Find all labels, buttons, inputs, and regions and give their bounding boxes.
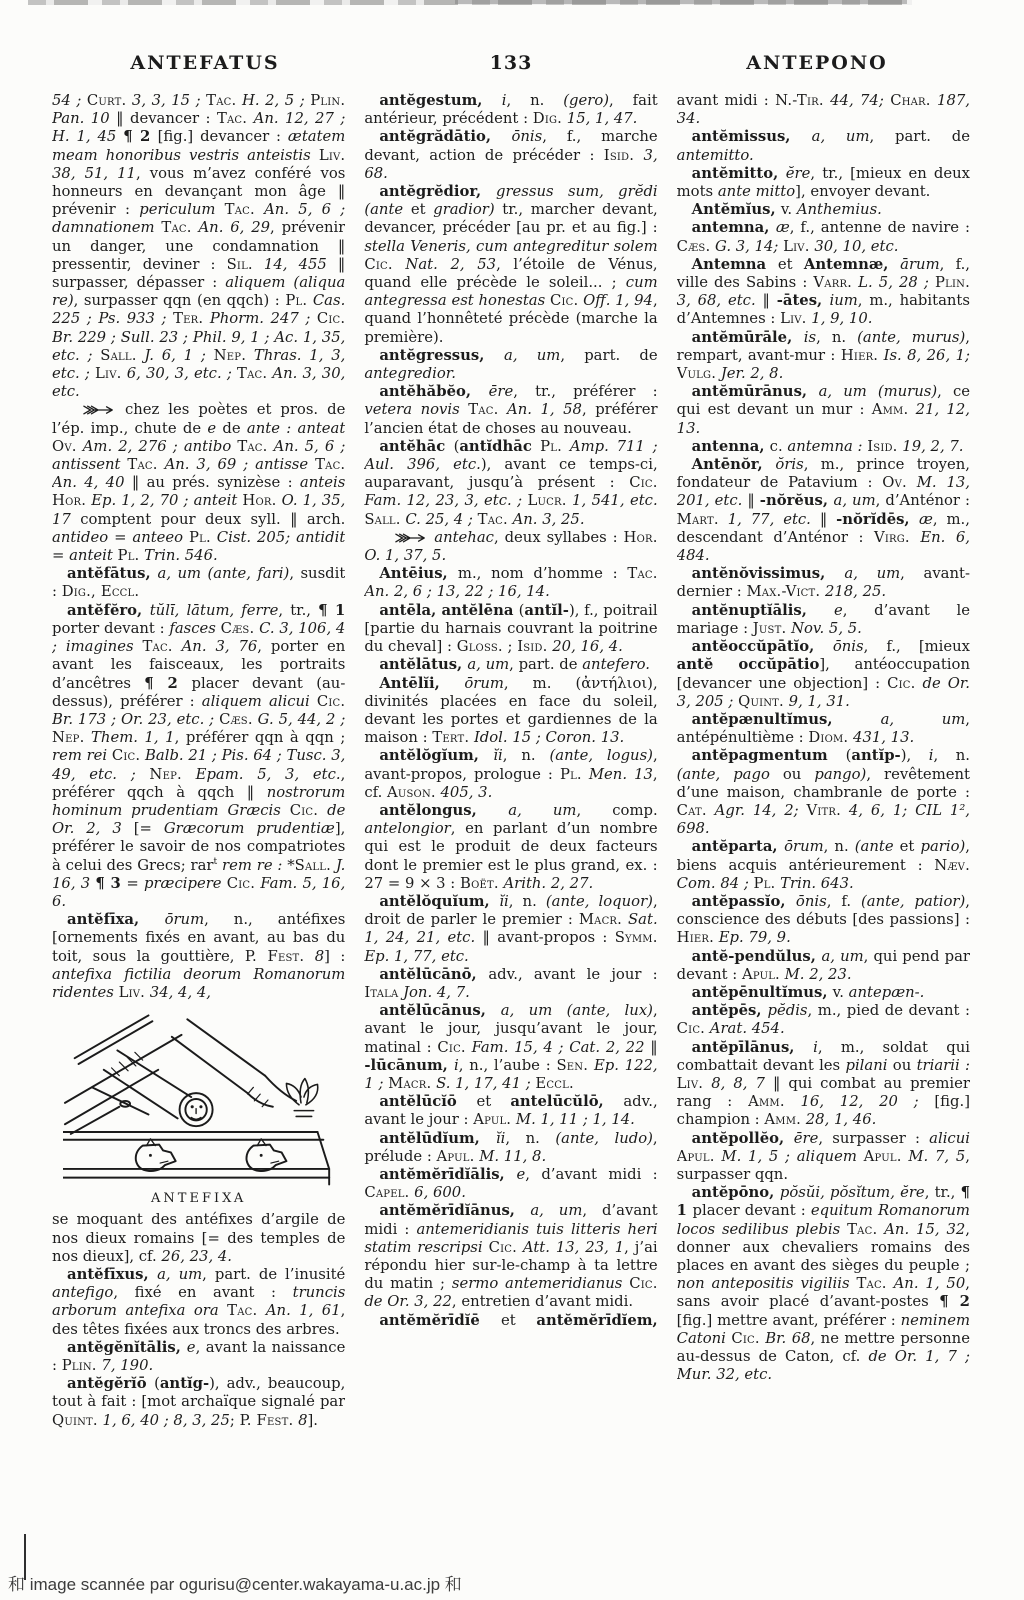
text-run: Diom. [808,729,848,746]
text-run: Tac. [237,365,267,382]
text-run: Hor. [52,492,86,509]
text-run: , comp. [576,802,657,819]
text-run: m., nom d’homme : [458,565,627,582]
entry-paragraph: antĕlŏgĭum, ĭi, n. (ante, logus), avant-… [364,747,657,802]
text-run: Is. 8, 26, 1; [878,347,970,364]
text-run: ium [829,292,857,309]
text-run: 3, 3, 15 ; [126,92,206,109]
text-run: 15, 1, 47. [562,110,637,127]
entry-paragraph: antĕpēnultĭmus, v. antepæn-. [677,984,970,1002]
text-run: , f. [827,893,861,910]
text-run: -nŏrĭdēs, [836,511,919,528]
text-run: rem re : [222,857,287,874]
text-run: ¶ 2 [144,675,191,692]
text-run: Epam. 5, 3, etc. [182,766,341,783]
text-run: (ante, logus) [550,747,653,764]
text-run: 54 ; [52,92,87,109]
entry-paragraph: antĕpēs, pĕdis, m., pied de devant : Cic… [677,1002,970,1038]
text-run: a, um (ante, fari) [158,565,290,582]
text-run: An. 3, 76 [173,638,258,655]
text-run: et [501,1312,536,1329]
text-run: Cic. [317,310,345,327]
text-run: , part. de [870,128,970,145]
text-run: (gero) [563,92,609,109]
entry-paragraph: antĕgrădātio, ōnis, f., marche devant, a… [364,128,657,183]
text-run: æ [776,219,790,236]
text-run: a, um (ante, lux) [501,1002,653,1019]
running-header: ANTEFATUS 133 ANTEPONO [52,52,970,74]
text-run: Pl. [189,529,211,546]
text-run: Anthemius. [797,201,882,218]
text-run: antĕmĕrīdĭānus, [379,1202,530,1219]
entry-paragraph: antĕhāc (antĭdhāc Pl. Amp. 711 ; Aul. 39… [364,438,657,529]
text-run: a, um [844,565,900,582]
text-run: Fam. 12, 23, 3, etc. ; [364,492,527,509]
text-run: M. 1, 11 ; 1, 14. [511,1111,635,1128]
text-run: (ante [855,838,900,855]
text-run: antĕlātus, [379,656,467,673]
text-run: Apul. [677,1148,715,1165]
text-run: * [287,857,294,874]
text-run: , d’avant midi : [525,1166,657,1183]
entry-paragraph: antĕpollĕo, ēre, surpasser : alicui Apul… [677,1130,970,1185]
text-run: Liv. [95,365,122,382]
header-left-keyword: ANTEFATUS [52,52,358,74]
text-run: = [108,529,132,546]
text-run: Quint. [738,693,784,710]
text-run: de Or. 3, 22 [364,1293,452,1310]
text-run: Ov. [52,438,77,455]
text-run: antĕgrădātio, [379,128,511,145]
text-run: a, um [157,1266,202,1283]
text-run: ], envoyer devant. [795,183,930,200]
text-run: Apul. [742,966,780,983]
text-run: Idol. 15 ; Coron. 13. [469,729,624,746]
text-run: P. Fest. [245,948,304,965]
text-run: ōnis [511,128,542,145]
text-run: antemna : [787,438,867,455]
entry-paragraph: antĕmĕrīdĭālis, e, d’avant midi : Capel.… [364,1166,657,1202]
text-run: ōnis [833,638,864,655]
text-run: antĭl- [524,602,569,619]
text-run: Cic. [629,474,657,491]
text-run: ‖ avant-propos : [475,929,615,946]
text-run: antĕmūrāle, [692,329,804,346]
text-run: placer devant : [693,1202,811,1219]
entry-paragraph: antĕlongus, a, um, comp. antelongior, en… [364,802,657,893]
text-run: ; [503,638,517,655]
text-run: alicui [929,1130,970,1147]
text-run: Ov. [882,474,907,491]
entry-paragraph: antĕpagmentum (antĭp-), i, n. (ante, pag… [677,747,970,838]
text-run: ‖ [756,292,777,309]
text-run: (ante, ludo) [555,1130,653,1147]
text-run: antĕlūcānō, [379,966,488,983]
text-run: Ep. 1, 77, etc. [364,948,468,965]
text-run: antĕmūrānus, [692,383,819,400]
text-run: antegredior. [364,365,456,382]
text-run: a, um [467,656,509,673]
text-run: Jon. 4, 7. [398,984,469,1001]
text-run: (ante, murus) [857,329,965,346]
text-run: Cic. [290,802,318,819]
text-run: Cat. [677,802,707,819]
text-run: An. 4, 40 [52,474,132,491]
text-run: e [834,602,843,619]
text-columns: 54 ; Curt. 3, 3, 15 ; Tac. H. 2, 5 ; Pli… [52,92,970,1544]
text-run: Nep. [149,766,181,783]
text-run: H. 2, 5 ; [236,92,310,109]
text-run: ēre [489,383,514,400]
text-run: 1, 6, 40 ; 8, 3, 25 [98,1412,230,1429]
text-run: triarii : [917,1057,970,1074]
text-run: Cic. [629,1275,657,1292]
text-run: Gloss. [457,638,503,655]
text-run: Cæs. [677,238,711,255]
text-run: , fixé en avant : [113,1284,292,1301]
text-run: tŭlī, lātum, ferre [150,602,279,619]
text-run: Hor. [242,492,276,509]
text-run: Pl. [560,766,582,783]
text-run: 16, 12, 20 ; [785,1093,935,1110]
text-run: -lūcānum, [364,1057,454,1074]
text-run: = [126,875,144,892]
text-run: Fam. 15, 4 ; Cat. 2, 22 [466,1039,645,1056]
text-run: Amm. [872,401,909,418]
text-run: G. 3, 14; [710,238,783,255]
text-run: c. [770,438,788,455]
entry-paragraph: antĕpōno, pŏsŭi, pŏsĭtum, ĕre, tr., ¶ 1 … [677,1184,970,1384]
entry-paragraph: chez les poètes et pros. de l’ép. imp., … [52,401,345,565]
text-run: Vulg. [677,365,716,382]
text-run: An. 3, 25. [508,511,585,528]
text-run: a, um (murus) [819,383,938,400]
text-run: adv., avant le jour : [488,966,657,983]
text-run: pŏsŭi, pŏsĭtum, ĕre [780,1184,925,1201]
text-run: M. 2, 23. [780,966,852,983]
text-run: e [187,1339,196,1356]
entry-paragraph: antĕmūrāle, is, n. (ante, murus), rempar… [677,329,970,384]
text-run: (ante, patior) [861,893,965,910]
text-run: antĕlongus, [379,802,508,819]
text-run: N.-Tir. [775,92,824,109]
text-run: -ātes, [777,292,830,309]
text-run: 218, 25. [820,583,886,600]
entry-paragraph: antĕmĕrīdĭānus, a, um, d’avant midi : an… [364,1202,657,1311]
text-run: , f., [mieux [864,638,970,655]
entry-paragraph: antĕfīxus, a, um, part. de l’inusité ant… [52,1266,345,1339]
text-run: e [207,420,216,437]
text-run: antĕgĕrĭō [67,1375,154,1392]
text-run: Tac. [315,456,345,473]
text-run: 1, 77, etc. [719,511,811,528]
text-run: Amm. [764,1111,801,1128]
entry-paragraph: antĕlūcānus, a, um (ante, lux), avant le… [364,1002,657,1093]
text-run: et [778,256,804,273]
remark-arrow-icon [67,401,116,419]
text-run: Macr. [388,1075,431,1092]
text-run: Cist. 205; antidit [211,529,345,546]
text-run: a, um [834,492,876,509]
text-run: Arat. 454. [705,1020,785,1037]
text-run: antĕgestum, [379,92,501,109]
footer-watermark: 和 image scannée par ogurisu@center.wakay… [8,1570,462,1595]
text-run: antehac [428,529,494,546]
entry-paragraph: 54 ; Curt. 3, 3, 15 ; Tac. H. 2, 5 ; Pli… [52,92,345,401]
entry-paragraph: antemna, æ, f., antenne de navire : Cæs.… [677,219,970,255]
text-run: Nep. [52,729,84,746]
text-run: Boët. [460,875,499,892]
text-run: ĭi [496,1130,505,1147]
text-run: fasces [169,620,220,637]
text-run: , tr., [278,602,318,619]
text-run: [= [134,820,164,837]
text-run: Dig., Eccl. [62,583,140,600]
text-run: antĕ occŭpātio [677,656,820,673]
entry-paragraph: antenna, c. antemna : Isid. 19, 2, 7. [677,438,970,456]
scan-edge-artifact-dark [455,0,907,4]
text-run: antĕpēs, [692,1002,768,1019]
entry-paragraph: antĕmĕrīdĭē et antĕmĕrīdĭem, [364,1312,657,1330]
text-run: antĕhăbĕo, [379,383,488,400]
text-run: Pl. [540,438,562,455]
text-run: 7, 190. [97,1357,153,1374]
text-run: antĕgrĕdior, [379,183,496,200]
text-run: An. 3, 69 ; antisse [158,456,315,473]
entry-paragraph: antĕpænultĭmus, a, um, antépénultième : … [677,711,970,747]
text-run: a, um [881,711,966,728]
entry-paragraph: antehac, deux syllabes : Hor. O. 1, 37, … [364,529,657,565]
text-run: 6, 30, 3, etc. ; [122,365,237,382]
text-run: ēre [794,1130,819,1147]
text-run: Sall. [295,857,331,874]
text-run: Cic. [887,675,915,692]
text-run: Antēnŏr, [692,456,776,473]
text-run: , préférer qqn à qqn ; [175,729,346,746]
text-run: Eccl. [535,1075,573,1092]
entry-paragraph: antĕgestum, i, n. (gero), fait antérieur… [364,92,657,128]
text-run: non antepositis vigiliis [677,1275,857,1292]
entry-paragraph: antĕgrĕdior, gressus sum, grĕdi (ante et… [364,183,657,347]
antefixa-caption: ANTEFIXA [52,1190,345,1208]
text-run: antĭg- [160,1375,209,1392]
antefixa-figure: ANTEFIXA [52,1009,345,1208]
text-run: Pl. [118,547,140,564]
text-run: Br. 68 [760,1330,811,1347]
text-run: antĕmitto, [692,165,786,182]
text-run: Virg. [874,529,910,546]
text-run: antēla, antĕlēna [379,602,518,619]
text-run: Mart. [677,511,719,528]
text-run: antĭdhāc [459,438,540,455]
text-run: et [411,201,433,218]
text-run: An. 6, 29 [192,219,270,236]
text-run: Isid. [604,147,634,164]
text-run: a, um [504,347,560,364]
text-run: antelūcŭlō, [510,1093,623,1110]
text-run: avant midi : [677,92,775,109]
text-run: 34, 4, 4, [145,984,211,1001]
text-run: Tac. [237,438,267,455]
text-run: a, um [812,128,870,145]
text-run: , tr., [925,1184,961,1201]
text-run: ĭi [499,893,508,910]
text-run: a, um [530,1202,582,1219]
text-run: Pl. [285,292,307,309]
text-run: 9, 1, 31. [784,693,850,710]
text-run: antĕhāc [379,438,453,455]
text-run: et [476,1093,510,1110]
text-run: Antĕmĭus, [692,201,781,218]
text-run: Isid. [867,438,897,455]
entry-paragraph: antĕgressus, a, um, part. de antegredior… [364,347,657,383]
text-run: S. 1, 17, 41 ; [431,1075,535,1092]
text-run: Cic. [489,1239,517,1256]
text-run: Plin. [310,92,345,109]
text-run: ‖ [645,1039,658,1056]
entry-paragraph: antĕpīlānus, i, m., soldat qui combattai… [677,1039,970,1130]
text-run: Max.-Vict. [746,583,820,600]
text-run: stella Veneris, cum antegreditur solem [364,238,657,255]
text-run: antĕpænultĭmus, [692,711,881,728]
text-run: pango) [814,766,866,783]
text-run: , f., antenne de navire : [790,219,970,236]
text-run: antĕlūdĭum, [379,1130,496,1147]
text-run: pario) [920,838,965,855]
text-run: ĕre [786,165,811,182]
text-run: Amm. [748,1093,785,1110]
text-run: 28, 1, 46. [801,1111,876,1128]
text-run: Liv. [119,984,146,1001]
text-run: 8 [293,1412,307,1429]
text-run: ‖ [742,492,759,509]
text-run: Com. 84 ; [677,875,754,892]
text-run: Tac. [225,201,255,218]
text-run: antĕpōno, [692,1184,780,1201]
text-run: antĕlūcĭō [379,1093,476,1110]
text-run: 26, 23, 4. [161,1248,232,1265]
text-run: J. 6, 1 ; [137,347,214,364]
text-run: Itala [364,984,398,1001]
text-run: is [804,329,816,346]
text-run: rem rei [52,747,112,764]
text-run: Tac. [627,565,657,582]
text-run: ārum [900,256,939,273]
text-run: Pl. [754,875,776,892]
text-run: An. 15, 32 [877,1221,965,1238]
text-run: Tert. [432,729,469,746]
entry-paragraph: Antemna et Antemnæ, ārum, f., ville des … [677,256,970,329]
text-run: , n. [507,92,564,109]
text-run: Ter. [173,310,203,327]
entry-paragraph: antĕlŏquĭum, ĭi, n. (ante, loquor), droi… [364,893,657,966]
text-run: Ep. 1, 2, 70 ; anteit [86,492,242,509]
text-run: , surpasser : [818,1130,929,1147]
text-run: præcipere [144,875,227,892]
text-run: Auson. [387,784,436,801]
text-run: , entretien d’avant midi. [452,1293,633,1310]
text-run: , surpasser qqn (en qqch) : [74,292,286,309]
entry-paragraph: Antēlĭi, ōrum, m. (ἀντήλιοι), divinités … [364,675,657,748]
column-right: avant midi : N.-Tir. 44, 74; Char. 187, … [677,92,970,1544]
entry-paragraph: antĕfīxa, ōrum, n., antéfixes [ornements… [52,911,345,1002]
text-run: antelongior [364,820,450,837]
text-run: Lucr. [528,492,567,509]
text-run: ŏris [775,456,803,473]
entry-paragraph: Antēnŏr, ŏris, m., prince troyen, fondat… [677,456,970,565]
text-run: Sall. [100,347,136,364]
text-run: , n. [505,1130,555,1147]
text-run: periculum [139,201,224,218]
text-run: antĕlūcānus, [379,1002,500,1019]
text-run: Antēlĭi, [379,675,464,692]
text-run: Nov. 5, 5. [786,620,862,637]
text-run: Quint. [52,1412,98,1429]
text-run: An. 1, 61 [257,1302,340,1319]
text-run: comptent pour deux syll. ‖ arch. [80,511,345,528]
text-run: ĭi [493,747,502,764]
text-run: , n. [816,329,857,346]
text-run: O. 1, 37, 5. [364,547,446,564]
text-run: antenna, [692,438,770,455]
text-run: antĕnuptĭālis, [692,602,834,619]
text-run: Tac. [227,1302,257,1319]
text-run: Apul. [437,1148,475,1165]
entry-paragraph: antĕ-pendŭlus, a, um, qui pend par devan… [677,948,970,984]
text-run: , n. [509,893,546,910]
text-run: , d’Anténor : [876,492,970,509]
text-run: antĕfātus, [67,565,158,582]
text-run: antepæn-. [849,984,925,1001]
text-run: Nep. [214,347,246,364]
text-run: Antemnæ, [804,256,900,273]
text-run: Hor. [624,529,658,546]
text-run: L. 5, 28 ; [852,274,935,291]
text-run: 20, 16, 4. [548,638,623,655]
text-run: antĕpēnultĭmus, [692,984,833,1001]
text-run: e [517,1166,526,1183]
text-run: æ [919,511,933,528]
text-run: antĕmissus, [692,128,812,145]
text-run: antĕlŏquĭum, [379,893,499,910]
antefixa-illustration [63,1009,335,1187]
text-run: Macr. [579,911,622,928]
text-run: aliquem alicui [202,693,317,710]
text-run: 30, 10, etc. [810,238,899,255]
text-run: antĕpīlānus, [692,1039,813,1056]
text-run: Dig. [533,110,562,127]
text-run: M. 7, 5 [902,1148,966,1165]
text-run: a, um [508,802,576,819]
text-run: Tac. [478,511,508,528]
text-run: 44, 74; [824,92,890,109]
text-run: antĕfīxa, [67,911,165,928]
text-run: Them. 1, 1 [84,729,174,746]
text-run: Tac. [206,92,236,109]
text-run: ‖ [811,511,836,528]
text-run: Agr. 14, 2; [707,802,807,819]
text-run: 14, 455 [253,256,338,273]
text-run: ‖ devancer : [116,110,217,127]
text-run: antĭp- [851,747,900,764]
text-run: 6, 600. [409,1184,465,1201]
entry-paragraph: antĕparta, ōrum, n. (ante et pario), bie… [677,838,970,893]
text-run: gradior) [433,201,494,218]
text-run: Arith. 2, 27. [499,875,593,892]
text-run: [fig.] devancer : [158,128,288,145]
text-run: Isid. [517,638,547,655]
text-run: Just. [753,620,787,637]
